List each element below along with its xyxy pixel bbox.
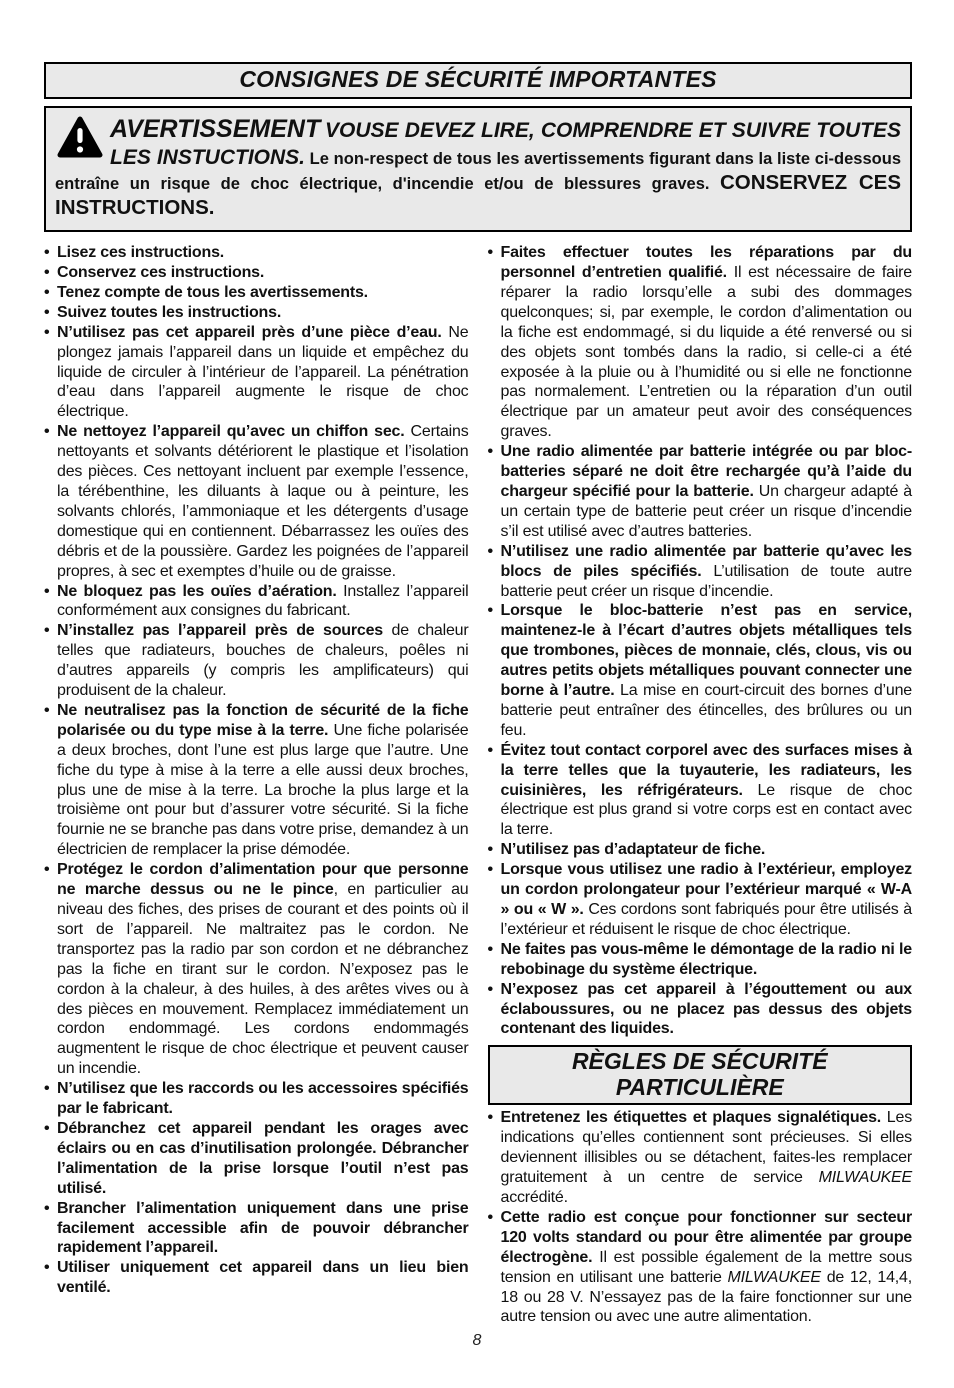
bullet-text-segment: N’utilisez que les raccords ou les acces… [57,1080,469,1117]
bullet-text-segment: accrédité. [501,1189,568,1206]
right-column: •Faites effectuer toutes les réparations… [488,243,913,1327]
bullet-marker: • [44,1258,49,1278]
page-title-box: CONSIGNES DE SÉCURITÉ IMPORTANTES [44,62,912,99]
page-content: CONSIGNES DE SÉCURITÉ IMPORTANTES AVERTI… [0,0,954,1327]
bullet-item: •N’exposez pas cet appareil à l’égouttem… [488,980,913,1040]
bullet-text-segment: Une fiche polarisée a deux broches, dont… [57,722,469,858]
warning-title: AVERTISSEMENT [110,115,320,143]
bullet-text-segment: Utiliser uniquement cet appareil dans un… [57,1259,469,1296]
page-title: CONSIGNES DE SÉCURITÉ IMPORTANTES [239,66,716,92]
bullet-marker: • [488,1108,493,1128]
bullet-text-segment: Ne faites pas vous-même le démontage de … [501,941,913,978]
bullet-marker: • [488,601,493,621]
bullet-item: •N’utilisez pas cet appareil près d’une … [44,323,469,423]
bullet-marker: • [44,860,49,880]
bullet-marker: • [488,980,493,1000]
bullet-text-segment: MILWAUKEE [728,1269,821,1286]
bullet-item: •Évitez tout contact corporel avec des s… [488,741,913,841]
bullet-marker: • [488,243,493,263]
bullet-marker: • [44,283,49,303]
bullet-item: •Ne neutralisez pas la fonction de sécur… [44,701,469,860]
bullet-marker: • [44,1199,49,1219]
bullet-text-segment: Conservez ces instructions. [57,264,264,281]
bullet-text-segment: Suivez toutes les instructions. [57,304,281,321]
bullet-marker: • [44,582,49,602]
bullet-marker: • [44,422,49,442]
bullet-marker: • [488,860,493,880]
bullet-item: •Entretenez les étiquettes et plaques si… [488,1108,913,1208]
bullet-item: •Utiliser uniquement cet appareil dans u… [44,1258,469,1298]
bullet-text-segment: Entretenez les étiquettes et plaques sig… [501,1109,882,1126]
bullet-item: •Suivez toutes les instructions. [44,303,469,323]
rules-title-line1: RÈGLES DE SÉCURITÉ [490,1048,911,1074]
bullet-item: •Lorsque le bloc-batterie n’est pas en s… [488,601,913,740]
bullet-item: •N’utilisez que les raccords ou les acce… [44,1079,469,1119]
bullet-item: •Débranchez cet appareil pendant les ora… [44,1119,469,1199]
bullet-marker: • [44,303,49,323]
bullet-item: •Ne bloquez pas les ouïes d’aération. In… [44,582,469,622]
two-column-layout: •Lisez ces instructions.•Conservez ces i… [44,243,912,1327]
bullet-item: •Tenez compte de tous les avertissements… [44,283,469,303]
bullet-item: •Conservez ces instructions. [44,263,469,283]
bullet-item: •N’installez pas l’appareil près de sour… [44,621,469,701]
bullet-marker: • [488,840,493,860]
bullet-item: •Lisez ces instructions. [44,243,469,263]
bullet-item: •Faites effectuer toutes les réparations… [488,243,913,442]
bullet-text-segment: Il est nécessaire de faire réparer la ra… [501,264,913,440]
bullet-item: •Protégez le cordon d’alimentation pour … [44,860,469,1079]
right-column-bullets-bottom: •Entretenez les étiquettes et plaques si… [488,1108,913,1327]
bullet-item: •Lorsque vous utilisez une radio à l’ext… [488,860,913,940]
bullet-marker: • [44,263,49,283]
page-number: 8 [0,1332,954,1350]
bullet-marker: • [44,323,49,343]
bullet-marker: • [488,940,493,960]
bullet-text-segment: , en particulier au niveau des fiches, d… [57,881,469,1077]
bullet-text-segment: N’utilisez pas cet appareil près d’une p… [57,324,442,341]
bullet-text-segment: Lisez ces instructions. [57,244,224,261]
bullet-text-segment: Brancher l’alimentation uniquement dans … [57,1200,469,1257]
bullet-item: •Ne nettoyez l’appareil qu’avec un chiff… [44,422,469,581]
bullet-marker: • [44,701,49,721]
bullet-text-segment: Certains nettoyants et solvants détérior… [57,423,469,579]
manual-page: CONSIGNES DE SÉCURITÉ IMPORTANTES AVERTI… [0,0,954,1388]
bullet-marker: • [44,1119,49,1139]
bullet-text-segment: MILWAUKEE [819,1169,912,1186]
bullet-marker: • [44,243,49,263]
bullet-marker: • [44,621,49,641]
bullet-item: •N’utilisez une radio alimentée par batt… [488,542,913,602]
bullet-marker: • [488,741,493,761]
bullet-marker: • [488,542,493,562]
bullet-marker: • [488,1208,493,1228]
bullet-marker: • [488,442,493,462]
warning-box: AVERTISSEMENT VOUSE DEVEZ LIRE, COMPREND… [44,106,912,232]
bullet-text-segment: Ne nettoyez l’appareil qu’avec un chiffo… [57,423,404,440]
right-column-bullets-top: •Faites effectuer toutes les réparations… [488,243,913,1039]
bullet-item: •N’utilisez pas d’adaptateur de fiche. [488,840,913,860]
bullet-marker: • [44,1079,49,1099]
bullet-text-segment: N’exposez pas cet appareil à l’égoutteme… [501,981,913,1038]
bullet-item: •Ne faites pas vous-même le démontage de… [488,940,913,980]
bullet-item: •Une radio alimentée par batterie intégr… [488,442,913,542]
bullet-text-segment: Ne bloquez pas les ouïes d’aération. [57,583,337,600]
rules-title-box: RÈGLES DE SÉCURITÉ PARTICULIÈRE [488,1045,913,1105]
bullet-item: •Brancher l’alimentation uniquement dans… [44,1199,469,1259]
bullet-text-segment: Débranchez cet appareil pendant les orag… [57,1120,469,1197]
rules-title-line2: PARTICULIÈRE [490,1074,911,1100]
bullet-text-segment: Tenez compte de tous les avertissements. [57,284,368,301]
bullet-text-segment: N’utilisez pas d’adaptateur de fiche. [501,841,766,858]
left-column: •Lisez ces instructions.•Conservez ces i… [44,243,469,1327]
bullet-text-segment: N’installez pas l’appareil près de sourc… [57,622,383,639]
bullet-item: •Cette radio est conçue pour fonctionner… [488,1208,913,1327]
